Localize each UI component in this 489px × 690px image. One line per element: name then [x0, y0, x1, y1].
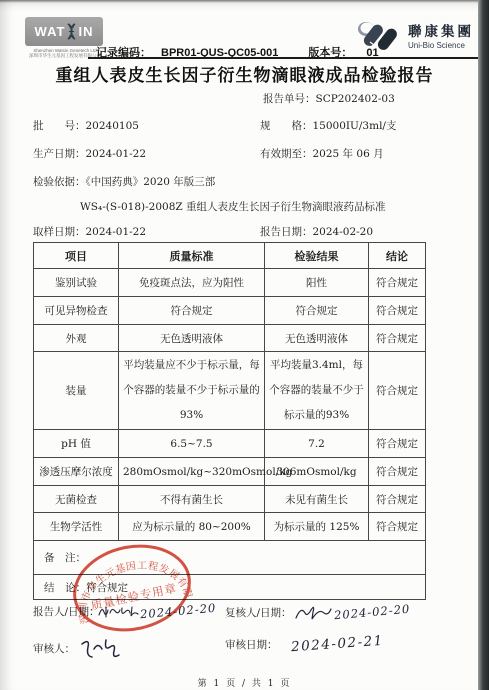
audit-date-line: 审核日期： 2024-02-21: [225, 636, 384, 652]
cell-result: 平均装量3.4ml，每个容器的装量不少于标示量的93%: [265, 352, 369, 430]
scan-edge-top: [0, 0, 489, 3]
cell-result: 7.2: [265, 430, 369, 458]
report-date-value: 2024-02-20: [313, 226, 374, 238]
cell-standard: 平均装量应不少于标示量，每个容器的装量不少于标示量的93%: [119, 352, 265, 430]
reviewer-label: 复核人/日期：: [225, 607, 292, 619]
reviewer-line: 复核人/日期： 2024-02-20: [225, 604, 411, 622]
cell-conclusion: 符合规定: [369, 269, 426, 297]
basis2-field: WS₄-(S-018)-2008Z 重组人表皮生长因子衍生物滴眼液药品标准: [80, 199, 386, 214]
col-header-conclusion: 结论: [369, 243, 426, 269]
watsin-logo: WAT IN: [25, 17, 103, 46]
watsin-logo-text2: IN: [78, 24, 93, 39]
sampling-field: 取样日期：2024-01-22: [33, 224, 146, 239]
unibio-name-cn: 聯康集團: [408, 20, 474, 40]
cell-conclusion: 符合规定: [369, 352, 426, 430]
col-header-item: 项目: [34, 243, 119, 269]
cell-conclusion: 符合规定: [369, 325, 426, 352]
audit-date-hand: 2024-02-21: [290, 633, 384, 655]
cell-standard: 免疫斑点法，应为阳性: [119, 269, 265, 297]
basis-value: 《中国药典》2020 年版三部: [86, 176, 216, 188]
cell-result: 为标示量的 125%: [265, 513, 369, 541]
expiry-label: 有效期至：: [260, 148, 313, 160]
table-row: 鉴别试验 免疫斑点法，应为阳性 阳性 符合规定: [34, 269, 426, 297]
expiry-value: 2025 年 06 月: [313, 148, 384, 160]
cell-item: pH 值: [34, 430, 119, 458]
stamp-type-text: 质量检验专用章: [90, 581, 178, 613]
cell-result: 306mOsmol/kg: [265, 458, 369, 486]
report-no-value: SCP202402-03: [316, 93, 395, 105]
cell-item: 生物学活性: [34, 513, 119, 541]
report-no: 报告单号：SCP202402-03: [263, 91, 395, 106]
table-row: 无菌检查 不得有菌生长 未见有菌生长 符合规定: [34, 486, 426, 513]
cell-result: 阳性: [265, 269, 369, 297]
reviewer-signature-scribble: [293, 604, 333, 622]
prod-date-value: 2024-01-22: [86, 148, 147, 160]
cell-standard: 6.5~7.5: [119, 430, 265, 458]
scan-edge-right: [478, 0, 489, 690]
expiry-field: 有效期至：2025 年 06 月: [260, 146, 384, 161]
unibio-text: 聯康集團 Uni-Bio Science: [408, 20, 474, 50]
table-row: 可见异物检查 符合规定 符合规定 符合规定: [34, 297, 426, 325]
table-row: 外观 无色透明液体 无色透明液体 符合规定: [34, 325, 426, 352]
table-row: pH 值 6.5~7.5 7.2 符合规定: [34, 430, 426, 458]
basis-field: 检验依据：《中国药典》2020 年版三部: [33, 174, 215, 189]
cell-conclusion: 符合规定: [369, 430, 426, 458]
col-header-standard: 质量标准: [119, 243, 265, 269]
watsin-logo-text: WAT: [35, 24, 66, 39]
batch-field: 批 号：20240105: [33, 118, 139, 133]
cell-item: 可见异物检查: [34, 297, 119, 325]
cell-conclusion: 符合规定: [369, 458, 426, 486]
cell-item: 外观: [34, 325, 119, 352]
cell-standard: 不得有菌生长: [119, 486, 265, 513]
cell-result: 未见有菌生长: [265, 486, 369, 513]
sampling-label: 取样日期：: [33, 226, 86, 238]
cell-conclusion: 符合规定: [369, 297, 426, 325]
auditor-label: 审核人：: [33, 643, 75, 655]
cell-item: 无菌检查: [34, 486, 119, 513]
table-row: 装量 平均装量应不少于标示量，每个容器的装量不少于标示量的93% 平均装量3.4…: [34, 352, 426, 430]
pills-icon: [356, 17, 404, 53]
cell-result: 无色透明液体: [265, 325, 369, 352]
sampling-value: 2024-01-22: [86, 226, 147, 238]
report-date-field: 报告日期：2024-02-20: [260, 224, 373, 239]
cell-conclusion: 符合规定: [369, 513, 426, 541]
report-no-label: 报告单号：: [263, 93, 316, 105]
basis-label: 检验依据：: [33, 176, 86, 188]
spec-field: 规 格：15000IU/3ml/支: [260, 118, 396, 133]
page-title: 重组人表皮生长因子衍生物滴眼液成品检验报告: [0, 61, 489, 86]
cell-conclusion: 符合规定: [369, 486, 426, 513]
cell-item: 鉴别试验: [34, 269, 119, 297]
table-row: 渗透压摩尔浓度 280mOsmol/kg~320mOsmol/kg 306mOs…: [34, 458, 426, 486]
reviewer-date-hand: 2024-02-20: [334, 602, 411, 623]
spec-label: 规 格：: [260, 120, 313, 132]
unibio-name-en: Uni-Bio Science: [408, 41, 474, 50]
cell-item: 装量: [34, 352, 119, 430]
table-row: 生物学活性 应为标示量的 80~200% 为标示量的 125% 符合规定: [34, 513, 426, 541]
inspection-report-page: WAT IN Shenzhen Watsin Genetech Ltd 深圳市华…: [0, 0, 489, 690]
batch-value: 20240105: [86, 120, 139, 132]
audit-date-label: 审核日期：: [225, 639, 278, 651]
cell-standard: 无色透明液体: [119, 325, 265, 352]
prod-date-label: 生产日期：: [33, 148, 86, 160]
cell-standard: 符合规定: [119, 297, 265, 325]
cell-standard: 应为标示量的 80~200%: [119, 513, 265, 541]
cell-standard: 280mOsmol/kg~320mOsmol/kg: [119, 458, 265, 486]
report-date-label: 报告日期：: [260, 226, 313, 238]
dna-helix-icon: [66, 23, 77, 40]
unibio-logo: 聯康集團 Uni-Bio Science: [356, 17, 474, 53]
header-rule: [88, 57, 478, 59]
results-table: 项目 质量标准 检验结果 结论 鉴别试验 免疫斑点法，应为阳性 阳性 符合规定 …: [33, 242, 426, 600]
spec-value: 15000IU/3ml/支: [313, 120, 397, 132]
batch-label: 批 号：: [33, 120, 86, 132]
cell-result: 符合规定: [265, 297, 369, 325]
table-header-row: 项目 质量标准 检验结果 结论: [34, 243, 426, 269]
page-footer: 第 1 页 / 共 1 页: [0, 676, 489, 689]
prod-date-field: 生产日期：2024-01-22: [33, 146, 146, 161]
cell-item: 渗透压摩尔浓度: [34, 458, 119, 486]
col-header-result: 检验结果: [265, 243, 369, 269]
